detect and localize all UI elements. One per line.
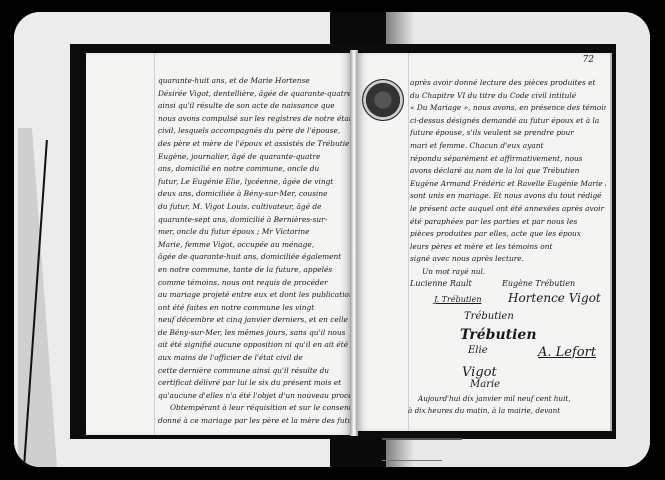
signatures-block: Lucienne Rault Eugène Trébutien J. Trébu…: [410, 271, 606, 381]
text-line: cette dernière commune ainsi qu'il résul…: [158, 365, 350, 378]
right-page: 72 après avoir donné lecture des pièces …: [356, 53, 612, 431]
text-line: futur, Le Eugénie Elie, lycéenne, âgée d…: [158, 176, 350, 189]
text-line: donné à ce mariage par les père et la mè…: [158, 415, 350, 428]
next-act-opening: Aujourd'hui dix janvier mil neuf cent hu…: [408, 393, 604, 417]
left-page: quarante-huit ans, et de Marie Hortense …: [86, 53, 352, 435]
text-line: Eugène, journalier, âgé de quarante-quat…: [158, 151, 350, 164]
text-line: au mariage projeté entre eux et dont les…: [158, 289, 350, 302]
text-line: ans, domicilié en notre commune, oncle d…: [158, 163, 350, 176]
signature: Hortence Vigot: [508, 291, 601, 305]
text-line: certificat délivré par lui le six du pré…: [158, 377, 350, 390]
text-line: répondu séparément et affirmativement, n…: [410, 153, 606, 166]
text-line: pièces produites par elles, acte que les…: [410, 228, 606, 241]
margin-rule: [154, 53, 155, 435]
text-line: « Du Mariage », nous avons, en présence …: [410, 102, 606, 115]
text-line: Eugène Armand Frédéric et Ravelle Eugéni…: [410, 178, 606, 191]
divider: [382, 438, 462, 440]
signature: J. Trébutien: [434, 295, 482, 304]
signature: Elie: [468, 345, 488, 356]
text-line: ait été signifié aucune opposition ni qu…: [158, 339, 350, 352]
text-line: Désirée Vigot, dentellière, âgée de quar…: [158, 88, 350, 101]
text-line: comme témoins, nous ont requis de procéd…: [158, 277, 350, 290]
text-line: quarante-sept ans, domicilié à Bernières…: [158, 214, 350, 227]
republic-seal-icon: [362, 79, 404, 121]
text-line: ainsi qu'il résulte de son acte de naiss…: [158, 100, 350, 113]
text-line: du Chapitre VI du titre du Code civil in…: [410, 90, 606, 103]
text-line: qu'aucune d'elles n'a été l'objet d'un n…: [158, 390, 350, 403]
text-line: nous avons compulsé sur les registres de…: [158, 113, 350, 126]
text-line: à dix heures du matin, à la mairie, deva…: [408, 405, 604, 417]
text-line: en notre commune, tante de la future, ap…: [158, 264, 350, 277]
margin-rule: [408, 53, 409, 431]
signature: Trébutien: [464, 311, 514, 322]
signature: A. Lefort: [538, 345, 596, 360]
text-line: deux ans, domiciliée à Bény-sur-Mer, cou…: [158, 188, 350, 201]
left-page-text: quarante-huit ans, et de Marie Hortense …: [158, 75, 350, 428]
text-line: été paraphées par les parties et par nou…: [410, 216, 606, 229]
text-line: ont été faites en notre commune les ving…: [158, 302, 350, 315]
signature: Lucienne Rault: [410, 279, 472, 288]
signature: Marie: [470, 379, 500, 390]
text-line: signé avec nous après lecture.: [410, 253, 606, 266]
text-line: sont unis en mariage. Et nous avons du t…: [410, 190, 606, 203]
signature: Eugène Trébutien: [502, 279, 575, 288]
text-line: aux mains de l'officier de l'état civil …: [158, 352, 350, 365]
signature: Vigot: [462, 365, 497, 380]
text-line: des père et mère de l'époux et assistés …: [158, 138, 350, 151]
divider: [382, 460, 442, 461]
text-line: du futur, M. Vigot Louis, cultivateur, â…: [158, 201, 350, 214]
text-line: leurs pères et mère et les témoins ont: [410, 241, 606, 254]
text-line: ci-dessus désignés demandé au futur épou…: [410, 115, 606, 128]
text-line: mer, oncle du futur époux ; Mr Victorine: [158, 226, 350, 239]
text-line: après avoir donné lecture des pièces pro…: [410, 77, 606, 90]
text-line: Marie, femme Vigot, occupée au ménage,: [158, 239, 350, 252]
text-line: future épouse, s'ils veulent se prendre …: [410, 127, 606, 140]
text-line: Aujourd'hui dix janvier mil neuf cent hu…: [408, 393, 604, 405]
folio-number: 72: [583, 55, 594, 65]
text-line: mari et femme. Chacun d'eux ayant: [410, 140, 606, 153]
text-line: quarante-huit ans, et de Marie Hortense: [158, 75, 350, 88]
text-line: de Bény-sur-Mer, les mêmes jours, sans q…: [158, 327, 350, 340]
signature: Trébutien: [460, 327, 537, 343]
text-line: Obtempérant à leur réquisition et sur le…: [158, 402, 350, 415]
text-line: neuf décembre et cinq janvier derniers, …: [158, 314, 350, 327]
text-line: avons déclaré au nom de la loi que Trébu…: [410, 165, 606, 178]
text-line: âgée de quarante-huit ans, domiciliée ég…: [158, 251, 350, 264]
right-page-text: après avoir donné lecture des pièces pro…: [410, 77, 606, 279]
text-line: civil, lesquels accompagnés du père de l…: [158, 125, 350, 138]
text-line: le présent acte auquel ont été annexées …: [410, 203, 606, 216]
